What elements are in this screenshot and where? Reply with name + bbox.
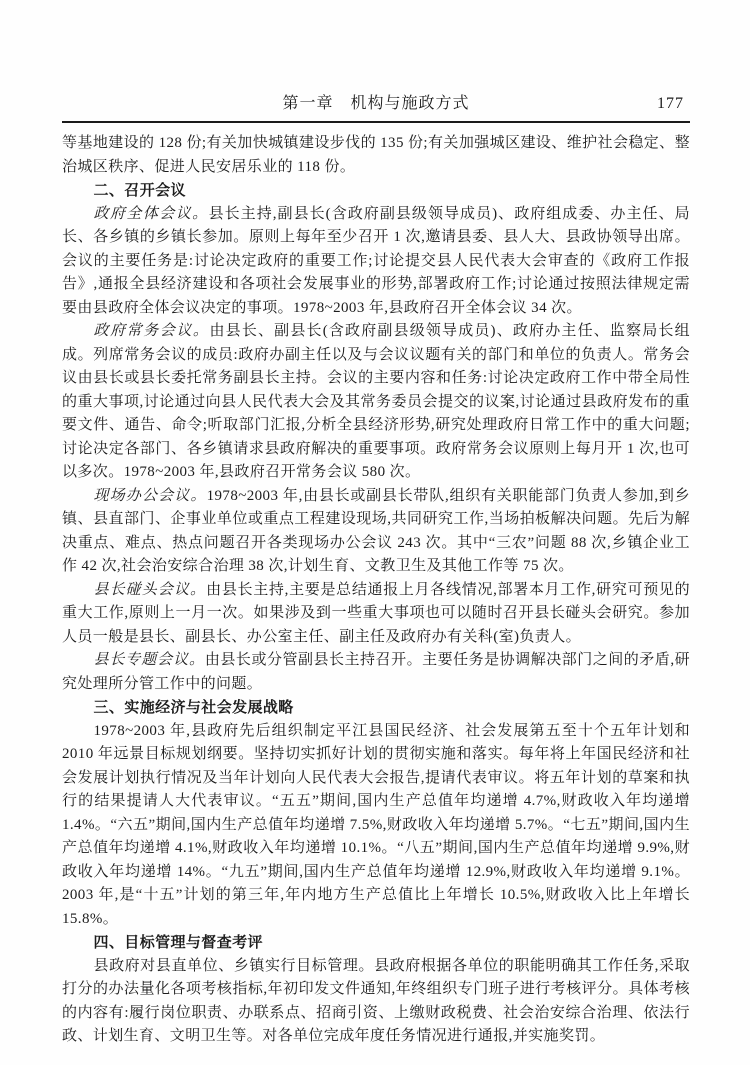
scanned-book-page: 第一章 机构与施政方式 177 等基地建设的 128 份;有关加快城镇建设步伐的… [0,0,750,1065]
section-heading: 二、召开会议 [62,179,690,203]
chapter-title: 第一章 机构与施政方式 [282,95,469,112]
paragraph: 政府全体会议。县长主持,副县长(含政府副县级领导成员)、政府组成委、办主任、局长… [62,203,690,321]
section-heading: 四、目标管理与督查考评 [62,931,690,955]
paragraph: 县长碰头会议。由县长主持,主要是总结通报上月各线情况,部署本月工作,研究可预见的… [62,579,690,650]
paragraph-lead: 县长碰头会议。 [94,582,207,598]
paragraph-lead: 现场办公会议。 [94,488,207,504]
paragraph: 现场办公会议。1978~2003 年,由县长或副县长带队,组织有关职能部门负责人… [62,485,690,579]
paragraph: 县政府对县直单位、乡镇实行目标管理。县政府根据各单位的职能明确其工作任务,采取打… [62,955,690,1049]
running-header: 第一章 机构与施政方式 177 [62,0,690,123]
document-content: 等基地建设的 128 份;有关加快城镇建设步伐的 135 份;有关加强城区建设、… [62,123,690,1049]
page-inner: 第一章 机构与施政方式 177 等基地建设的 128 份;有关加快城镇建设步伐的… [62,0,690,1049]
paragraph-lead: 县长专题会议。 [94,652,205,668]
section-heading: 三、实施经济与社会发展战略 [62,696,690,720]
paragraph-lead: 政府全体会议。 [94,206,209,222]
page-number: 177 [657,95,684,113]
paragraph-lead: 政府常务会议。 [94,323,210,339]
paragraph: 1978~2003 年,县政府先后组织制定平江县国民经济、社会发展第五至十个五年… [62,720,690,932]
paragraph: 县长专题会议。由县长或分管副县长主持召开。主要任务是协调解决部门之间的矛盾,研究… [62,649,690,696]
paragraph: 政府常务会议。由县长、副县长(含政府副县级领导成员)、政府办主任、监察局长组成。… [62,320,690,485]
paragraph: 等基地建设的 128 份;有关加快城镇建设步伐的 135 份;有关加强城区建设、… [62,132,690,179]
